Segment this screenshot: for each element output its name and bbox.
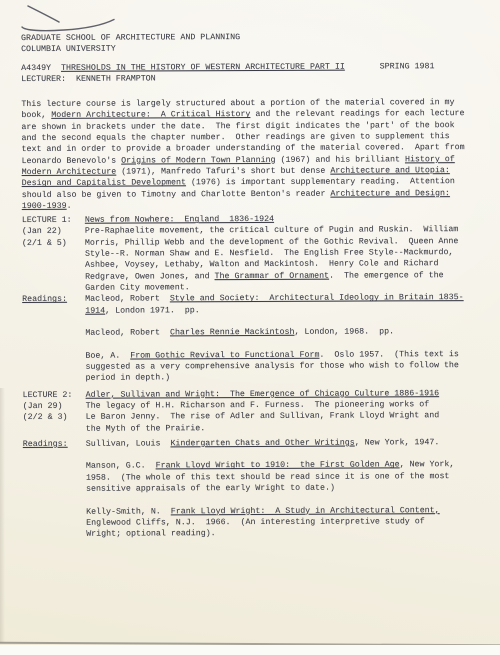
text-line: Sullivan, Louis Kindergarten Chats and O…: [86, 437, 487, 450]
lecture-2-description: Adler, Sullivan and Wright: The Emergenc…: [86, 388, 487, 435]
text-line: LECTURE 1:: [22, 215, 85, 227]
text-line: should also be given to Timotny and Char…: [22, 188, 486, 201]
intro-paragraph: This lecture course is largely structure…: [21, 97, 485, 212]
lecture-1-description: News from Nowhere: England 1836-1924Pre-…: [85, 213, 486, 294]
readings-2-list: Sullivan, Louis Kindergarten Chats and O…: [86, 437, 487, 540]
text-line: 1900-1939.: [22, 199, 486, 212]
text-line: 1958. (The whole of this text should be …: [86, 471, 487, 484]
text-line: (2/1 & 5): [22, 237, 85, 249]
lecture-1-section: LECTURE 1:(Jan 22)(2/1 & 5) News from No…: [22, 213, 486, 294]
text-line: Le Baron Jenny. The rise of Adler and Su…: [86, 410, 487, 423]
readings-1-list: Macleod, Robert Style and Society: Archi…: [85, 292, 486, 384]
text-line: (2/2 & 3): [23, 412, 86, 424]
surface-below-paper: [0, 645, 500, 655]
lecture-2-section: LECTURE 2:(Jan 29)(2/2 & 3) Adler, Sulli…: [23, 388, 487, 435]
lecturer-line: LECTURER: KENNETH FRAMPTON: [21, 72, 485, 85]
text-line: Kelly-Smith, N. Frank Lloyd Wright: A St…: [86, 505, 487, 518]
text-line: period in depth.): [85, 371, 486, 384]
text-line: Readings:: [23, 439, 86, 451]
scanned-syllabus-page: GRADUATE SCHOOL OF ARCHITECTURE AND PLAN…: [0, 0, 500, 655]
text-line: LECTURE 2:: [23, 389, 86, 401]
text-line: the Myth of the Prairie.: [86, 421, 487, 434]
readings-1-section: Readings: Macleod, Robert Style and Soci…: [22, 292, 486, 384]
paper-left-edge-shadow: [0, 388, 5, 643]
lecture-2-label-column: LECTURE 2:(Jan 29)(2/2 & 3): [23, 389, 86, 423]
text-line: (Jan 22): [22, 226, 85, 238]
lecture-1-label-column: LECTURE 1:(Jan 22)(2/1 & 5): [22, 215, 85, 249]
text-line: Redgrave, Owen Jones, and The Grammar of…: [85, 270, 486, 283]
course-code-title-term-line: A4349Y THRESHOLDS IN THE HISTORY OF WEST…: [21, 61, 485, 74]
readings-1-label-column: Readings:: [22, 294, 85, 306]
text-line: Macleod, Robert Style and Society: Archi…: [85, 292, 486, 305]
readings-2-label-column: Readings:: [23, 439, 86, 451]
text-line: Readings:: [22, 294, 85, 306]
text-line: (Jan 29): [23, 401, 86, 413]
text-line: suggested as a very comprehensive analys…: [85, 360, 486, 373]
document-text: GRADUATE SCHOOL OF ARCHITECTURE AND PLAN…: [21, 31, 487, 540]
readings-2-section: Readings: Sullivan, Louis Kindergarten C…: [23, 437, 487, 541]
text-line: Wright; optional reading).: [86, 527, 487, 540]
university-name: COLUMBIA UNIVERSITY: [21, 42, 485, 55]
